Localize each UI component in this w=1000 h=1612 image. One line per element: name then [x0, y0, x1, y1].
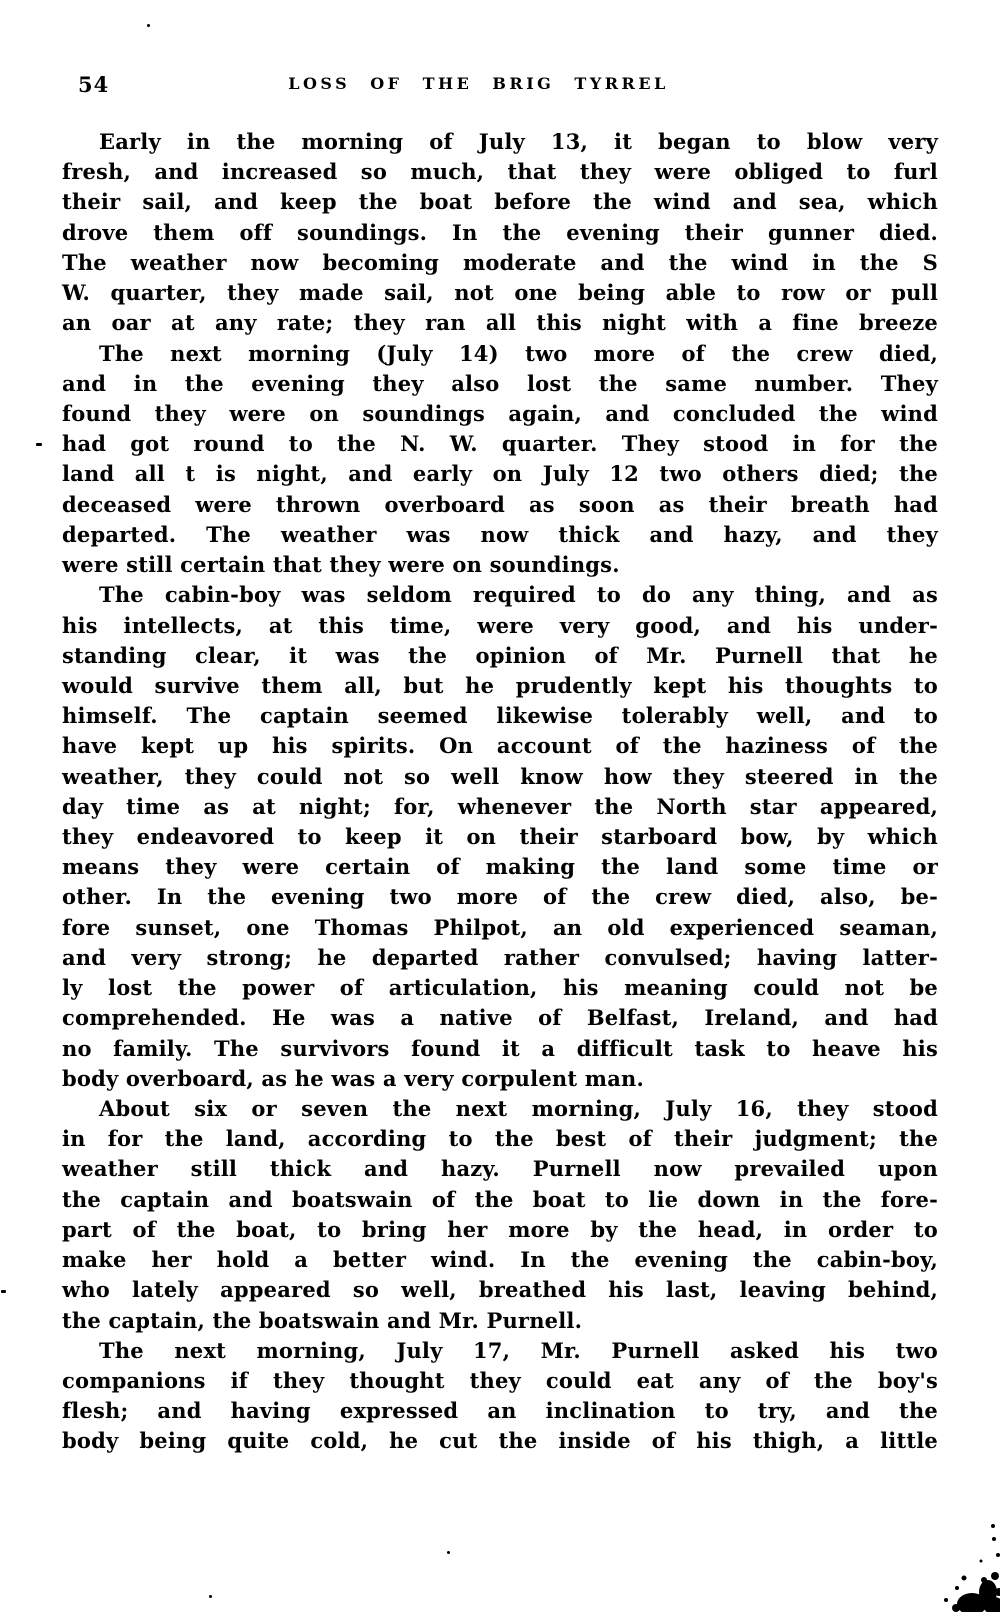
- text-line: standing clear, it was the opinion of Mr…: [62, 641, 938, 671]
- scan-speck: [147, 24, 150, 27]
- text-line: who lately appeared so well, breathed hi…: [62, 1275, 938, 1305]
- text-line: weather still thick and hazy. Purnell no…: [62, 1154, 938, 1184]
- text-line: make her hold a better wind. In the even…: [62, 1245, 938, 1275]
- text-line: body overboard, as he was a very corpule…: [62, 1064, 938, 1094]
- text-line: and in the evening they also lost the sa…: [62, 369, 938, 399]
- scan-speck: [36, 443, 42, 446]
- text-line: found they were on soundings again, and …: [62, 399, 938, 429]
- text-line: ly lost the power of articulation, his m…: [62, 973, 938, 1003]
- book-page: 54 LOSS OF THE BRIG TYRREL Early in the …: [0, 0, 1000, 1612]
- text-line: W. quarter, they made sail, not one bein…: [62, 278, 938, 308]
- text-line: The next morning (July 14) two more of t…: [62, 339, 938, 369]
- text-line: fresh, and increased so much, that they …: [62, 157, 938, 187]
- scan-speck: [447, 1551, 450, 1554]
- text-line: would survive them all, but he prudently…: [62, 671, 938, 701]
- text-line: the captain and boatswain of the boat to…: [62, 1185, 938, 1215]
- text-line: the captain, the boatswain and Mr. Purne…: [62, 1306, 938, 1336]
- text-line: means they were certain of making the la…: [62, 852, 938, 882]
- text-line: an oar at any rate; they ran all this ni…: [62, 308, 938, 338]
- scan-speck: [1, 1290, 6, 1293]
- text-line: deceased were thrown overboard as soon a…: [62, 490, 938, 520]
- text-line: comprehended. He was a native of Belfast…: [62, 1003, 938, 1033]
- text-line: The weather now becoming moderate and th…: [62, 248, 938, 278]
- ink-blot: [900, 1500, 1000, 1612]
- text-line: in for the land, according to the best o…: [62, 1124, 938, 1154]
- text-line: had got round to the N. W. quarter. They…: [62, 429, 938, 459]
- text-line: have kept up his spirits. On account of …: [62, 731, 938, 761]
- text-line: The next morning, July 17, Mr. Purnell a…: [62, 1336, 938, 1366]
- text-line: Early in the morning of July 13, it bega…: [62, 127, 938, 157]
- text-line: day time as at night; for, whenever the …: [62, 792, 938, 822]
- text-line: land all t is night, and early on July 1…: [62, 459, 938, 489]
- running-title: LOSS OF THE BRIG TYRREL: [62, 74, 895, 93]
- text-line: they endeavored to keep it on their star…: [62, 822, 938, 852]
- body-text: Early in the morning of July 13, it bega…: [62, 127, 938, 1457]
- text-line: part of the boat, to bring her more by t…: [62, 1215, 938, 1245]
- text-line: weather, they could not so well know how…: [62, 762, 938, 792]
- text-line: About six or seven the next morning, Jul…: [62, 1094, 938, 1124]
- text-line: were still certain that they were on sou…: [62, 550, 938, 580]
- scan-speck: [209, 1595, 212, 1598]
- text-line: himself. The captain seemed likewise tol…: [62, 701, 938, 731]
- text-line: fore sunset, one Thomas Philpot, an old …: [62, 913, 938, 943]
- text-line: their sail, and keep the boat before the…: [62, 187, 938, 217]
- text-line: and very strong; he departed rather conv…: [62, 943, 938, 973]
- text-line: other. In the evening two more of the cr…: [62, 882, 938, 912]
- text-line: drove them off soundings. In the evening…: [62, 218, 938, 248]
- text-line: The cabin-boy was seldom required to do …: [62, 580, 938, 610]
- text-line: flesh; and having expressed an inclinati…: [62, 1396, 938, 1426]
- text-line: companions if they thought they could ea…: [62, 1366, 938, 1396]
- text-line: body being quite cold, he cut the inside…: [62, 1426, 938, 1456]
- running-head: 54 LOSS OF THE BRIG TYRREL: [0, 70, 1000, 102]
- text-line: no family. The survivors found it a diff…: [62, 1034, 938, 1064]
- text-line: departed. The weather was now thick and …: [62, 520, 938, 550]
- text-line: his intellects, at this time, were very …: [62, 611, 938, 641]
